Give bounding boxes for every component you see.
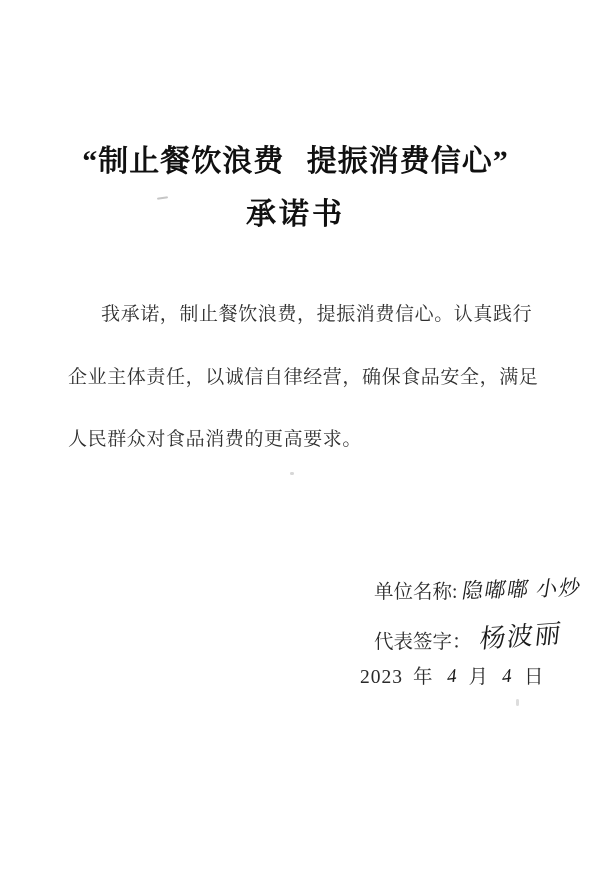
body-paragraph-line3: 人民群众对食品消费的更高要求。 — [68, 424, 362, 451]
unit-name-handwritten-value: 隐嘟嘟 小炒 — [460, 572, 584, 605]
signature-unit-line: 单位名称:隐嘟嘟 小炒 — [374, 575, 580, 605]
representative-signature-label: 代表签字： — [374, 632, 472, 653]
signature-representative-line: 代表签字：杨波丽 — [374, 619, 560, 656]
date-month-unit: 月 — [469, 661, 490, 689]
body-paragraph-line1: 我承诺，制止餐饮浪费，提振消费信心。认真践行 — [101, 299, 532, 326]
date-day-handwritten: 4 — [501, 665, 514, 689]
date-day-unit: 日 — [524, 661, 545, 689]
date-year: 2023 — [360, 667, 403, 689]
document-title-line2: 承诺书 — [0, 189, 591, 233]
representative-handwritten-signature: 杨波丽 — [478, 613, 564, 656]
date-year-unit: 年 — [413, 661, 434, 689]
body-paragraph-line2: 企业主体责任，以诚信自律经营，确保食品安全，满足 — [68, 362, 538, 389]
scan-speck — [290, 472, 294, 475]
date-month-handwritten: 4 — [446, 665, 459, 689]
scanned-commitment-letter: “制止餐饮浪费 提振消费信心” 承诺书 我承诺，制止餐饮浪费，提振消费信心。认真… — [0, 0, 591, 886]
signature-date-line: 2023年4月4日 — [360, 661, 545, 689]
unit-name-label: 单位名称: — [374, 582, 457, 603]
document-title-line1: “制止餐饮浪费 提振消费信心” — [0, 136, 591, 180]
scan-speck — [516, 699, 519, 706]
